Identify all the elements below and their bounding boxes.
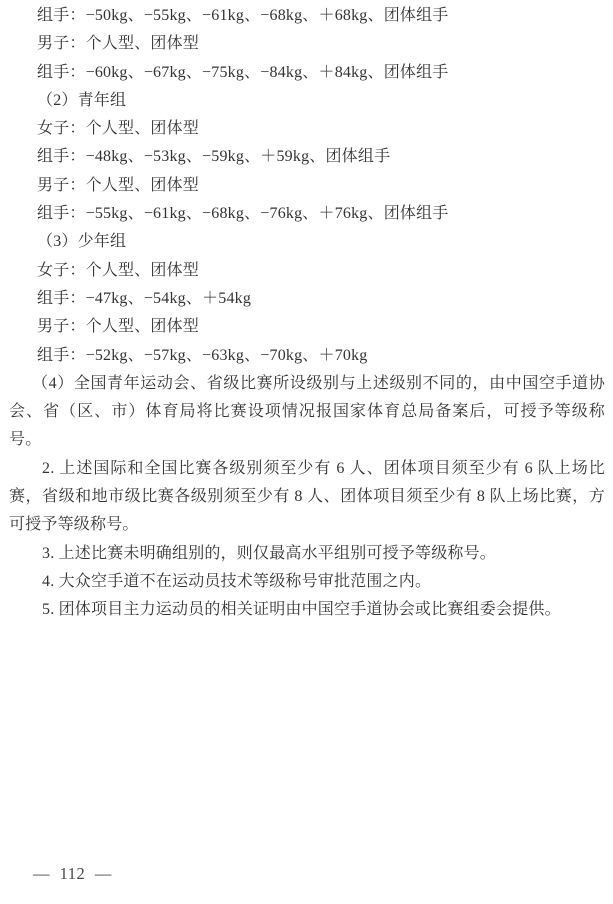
document-paragraph-rule-3: 3. 上述比赛未明确组别的，则仅最高水平组别可授予等级称号。 [9,540,605,568]
page-footer: — 112 — [33,862,112,886]
document-paragraph-rule-5: 5. 团体项目主力运动员的相关证明由中国空手道协会或比赛组委会提供。 [9,596,605,624]
document-page: 组手：−50kg、−55kg、−61kg、−68kg、＋68kg、团体组手 男子… [0,0,613,904]
document-paragraph-rule-2: 2. 上述国际和全国比赛各级别须至少有 6 人、团体项目须至少有 6 队上场比赛… [9,455,605,540]
document-line-kumite-weights: 组手：−48kg、−53kg、−59kg、＋59kg、团体组手 [9,143,605,171]
document-line-kumite-weights: 组手：−60kg、−67kg、−75kg、−84kg、＋84kg、团体组手 [9,59,605,87]
document-line-men-kata: 男子：个人型、团体型 [9,30,605,58]
document-line-kumite-weights: 组手：−50kg、−55kg、−61kg、−68kg、＋68kg、团体组手 [9,2,605,30]
document-line-women-kata: 女子：个人型、团体型 [9,115,605,143]
document-line-kumite-weights: 组手：−55kg、−61kg、−68kg、−76kg、＋76kg、团体组手 [9,200,605,228]
document-body: 组手：−50kg、−55kg、−61kg、−68kg、＋68kg、团体组手 男子… [9,2,605,625]
document-line-women-kata: 女子：个人型、团体型 [9,257,605,285]
document-paragraph-rule-4: 4. 大众空手道不在运动员技术等级称号审批范围之内。 [9,568,605,596]
page-number: — 112 — [33,864,112,883]
document-line-kumite-weights: 组手：−52kg、−57kg、−63kg、−70kg、＋70kg [9,342,605,370]
document-line-men-kata: 男子：个人型、团体型 [9,313,605,341]
document-line-kumite-weights: 组手：−47kg、−54kg、＋54kg [9,285,605,313]
document-paragraph-4: （4）全国青年运动会、省级比赛所设级别与上述级别不同的，由中国空手道协会、省（区… [9,370,605,455]
document-line-group-heading: （3）少年组 [9,228,605,256]
document-line-group-heading: （2）青年组 [9,87,605,115]
document-line-men-kata: 男子：个人型、团体型 [9,172,605,200]
